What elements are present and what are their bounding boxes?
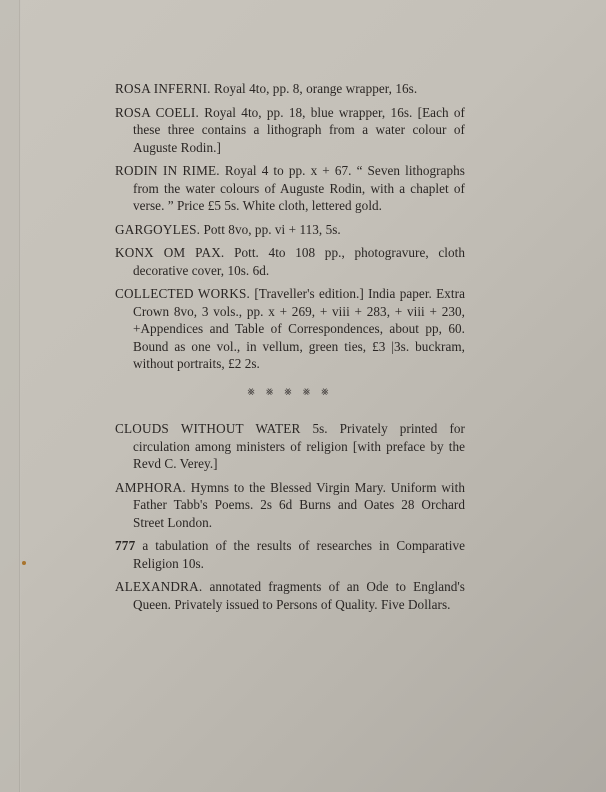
page-margin-shade: [0, 0, 19, 792]
entry-title: AMPHORA.: [115, 480, 186, 495]
entry-title: RODIN IN RIME.: [115, 163, 220, 178]
entry-title: CLOUDS WITHOUT WATER: [115, 421, 300, 436]
entry-text: a tabulation of the results of researche…: [133, 538, 465, 571]
entry-text: Pott 8vo, pp. vi + 113, 5s.: [200, 222, 341, 237]
entry-title: GARGOYLES.: [115, 222, 200, 237]
entry-amphora: AMPHORA. Hymns to the Blessed Virgin Mar…: [115, 479, 465, 532]
entry-title: COLLECTED WORKS.: [115, 286, 250, 301]
foxing-spot: [22, 561, 26, 565]
entry-gargoyles: GARGOYLES. Pott 8vo, pp. vi + 113, 5s.: [115, 221, 465, 239]
entry-rosa-inferni: ROSA INFERNI. Royal 4to, pp. 8, orange w…: [115, 80, 465, 98]
entry-title: ROSA COELI.: [115, 105, 199, 120]
entry-text: Royal 4to, pp. 8, orange wrapper, 16s.: [211, 81, 418, 96]
entry-rodin-in-rime: RODIN IN RIME. Royal 4 to pp. x + 67. “ …: [115, 162, 465, 215]
entry-title: ROSA INFERNI.: [115, 81, 211, 96]
entry-title: KONX OM PAX.: [115, 245, 224, 260]
entry-collected-works: COLLECTED WORKS. [Traveller's edition.] …: [115, 285, 465, 373]
entry-title: ALEXANDRA.: [115, 579, 202, 594]
page-fold-line: [19, 0, 21, 792]
book-list: ROSA INFERNI. Royal 4to, pp. 8, orange w…: [115, 80, 465, 619]
entry-clouds-without-water: CLOUDS WITHOUT WATER 5s. Privately print…: [115, 420, 465, 473]
section-divider-ornament: ⨳ ⨳ ⨳ ⨳ ⨳: [115, 383, 465, 401]
entry-title: 777: [115, 538, 135, 553]
entry-777: 777 a tabulation of the results of resea…: [115, 537, 465, 572]
entry-alexandra: ALEXANDRA. annotated fragments of an Ode…: [115, 578, 465, 613]
entry-konx-om-pax: KONX OM PAX. Pott. 4to 108 pp., photogra…: [115, 244, 465, 279]
entry-rosa-coeli: ROSA COELI. Royal 4to, pp. 18, blue wrap…: [115, 104, 465, 157]
